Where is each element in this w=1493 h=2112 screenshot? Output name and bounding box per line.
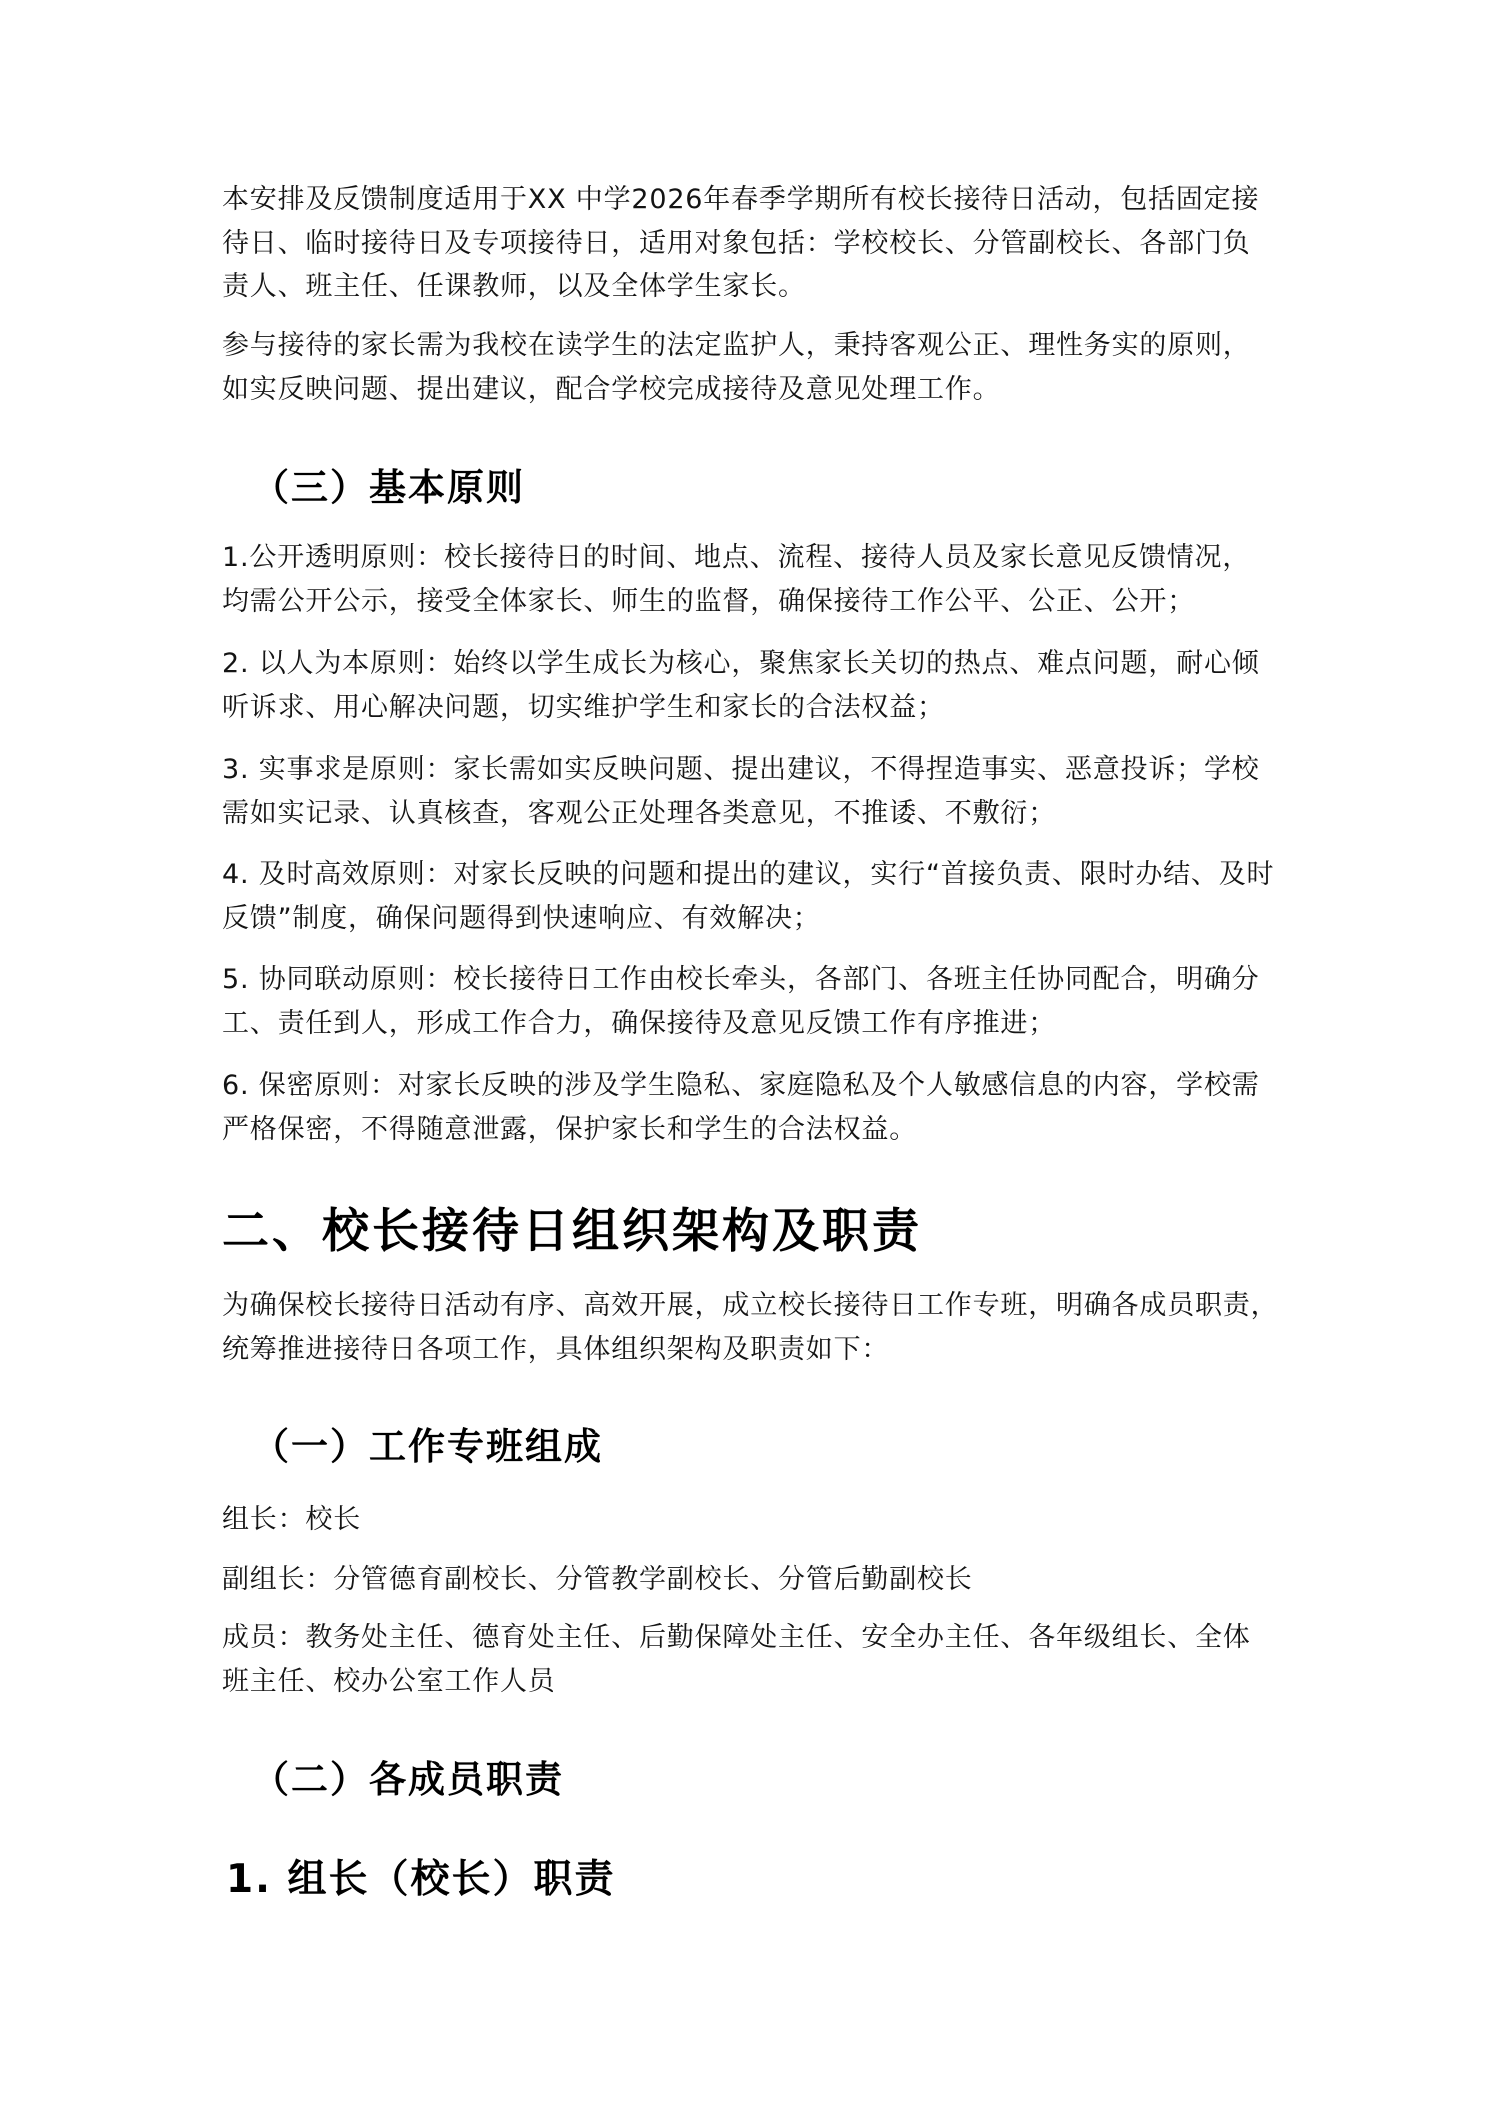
principle-item-1: 1.公开透明原则：校长接待日的时间、地点、流程、接待人员及家长意见反馈情况， 均… [222,536,1262,623]
principle-item-line: 反馈”制度，确保问题得到快速响应、有效解决； [222,897,1262,941]
participant-line-2: 如实反映问题、提出建议，配合学校完成接待及意见处理工作。 [222,368,1262,412]
team-leader-line: 组长：校长 [222,1498,1262,1542]
participant-line-1: 参与接待的家长需为我校在读学生的法定监护人，秉持客观公正、理性务实的原则， [222,324,1262,368]
chapter-two-heading: 二、校长接待日组织架构及职责 [222,1202,922,1262]
intro-line-2: 统筹推进接待日各项工作，具体组织架构及职责如下： [222,1328,1262,1372]
principles-heading: （三）基本原则 [252,463,525,513]
duties-heading: （二）各成员职责 [252,1755,564,1805]
participant-paragraph: 参与接待的家长需为我校在读学生的法定监护人，秉持客观公正、理性务实的原则， 如实… [222,324,1262,411]
team-members-line-1: 成员：教务处主任、德育处主任、后勤保障处主任、安全办主任、各年级组长、全体 [222,1616,1262,1660]
scope-line-3: 责人、班主任、任课教师，以及全体学生家长。 [222,265,1262,309]
team-deputy-leader-line: 副组长：分管德育副校长、分管教学副校长、分管后勤副校长 [222,1558,1262,1602]
principle-item-4: 4. 及时高效原则：对家长反映的问题和提出的建议，实行“首接负责、限时办结、及时… [222,853,1262,940]
principle-item-2: 2. 以人为本原则：始终以学生成长为核心，聚焦家长关切的热点、难点问题，耐心倾 … [222,642,1262,729]
principle-item-5: 5. 协同联动原则：校长接待日工作由校长牵头，各部门、各班主任协同配合，明确分 … [222,958,1262,1045]
principle-item-line: 3. 实事求是原则：家长需如实反映问题、提出建议，不得捏造事实、恶意投诉；学校 [222,748,1262,792]
intro-line-1: 为确保校长接待日活动有序、高效开展，成立校长接待日工作专班，明确各成员职责， [222,1284,1262,1328]
principle-item-3: 3. 实事求是原则：家长需如实反映问题、提出建议，不得捏造事实、恶意投诉；学校 … [222,748,1262,835]
principle-item-line: 需如实记录、认真核查，客观公正处理各类意见，不推诿、不敷衍； [222,792,1262,836]
principle-item-line: 严格保密，不得随意泄露，保护家长和学生的合法权益。 [222,1108,1262,1152]
document-page: 本安排及反馈制度适用于XX 中学2026年春季学期所有校长接待日活动，包括固定接… [0,0,1493,2112]
scope-paragraph: 本安排及反馈制度适用于XX 中学2026年春季学期所有校长接待日活动，包括固定接… [222,178,1262,309]
principle-item-line: 工、责任到人，形成工作合力，确保接待及意见反馈工作有序推进； [222,1002,1262,1046]
principle-item-line: 5. 协同联动原则：校长接待日工作由校长牵头，各部门、各班主任协同配合，明确分 [222,958,1262,1002]
principle-item-line: 6. 保密原则：对家长反映的涉及学生隐私、家庭隐私及个人敏感信息的内容，学校需 [222,1064,1262,1108]
leader-duties-subheading: 1. 组长（校长）职责 [226,1854,616,1906]
principle-item-line: 4. 及时高效原则：对家长反映的问题和提出的建议，实行“首接负责、限时办结、及时 [222,853,1262,897]
principle-item-line: 听诉求、用心解决问题，切实维护学生和家长的合法权益； [222,686,1262,730]
principle-item-line: 均需公开公示，接受全体家长、师生的监督，确保接待工作公平、公正、公开； [222,580,1262,624]
scope-line-1: 本安排及反馈制度适用于XX 中学2026年春季学期所有校长接待日活动，包括固定接 [222,178,1262,222]
chapter-two-intro: 为确保校长接待日活动有序、高效开展，成立校长接待日工作专班，明确各成员职责， 统… [222,1284,1262,1371]
team-members-line-2: 班主任、校办公室工作人员 [222,1660,1262,1704]
team-heading: （一）工作专班组成 [252,1422,603,1472]
principle-item-6: 6. 保密原则：对家长反映的涉及学生隐私、家庭隐私及个人敏感信息的内容，学校需 … [222,1064,1262,1151]
principle-item-line: 1.公开透明原则：校长接待日的时间、地点、流程、接待人员及家长意见反馈情况， [222,536,1262,580]
principle-item-line: 2. 以人为本原则：始终以学生成长为核心，聚焦家长关切的热点、难点问题，耐心倾 [222,642,1262,686]
team-members: 成员：教务处主任、德育处主任、后勤保障处主任、安全办主任、各年级组长、全体 班主… [222,1616,1262,1703]
team-leader: 组长：校长 [222,1498,1262,1542]
scope-line-2: 待日、临时接待日及专项接待日，适用对象包括：学校校长、分管副校长、各部门负 [222,222,1262,266]
team-deputy-leader: 副组长：分管德育副校长、分管教学副校长、分管后勤副校长 [222,1558,1262,1602]
